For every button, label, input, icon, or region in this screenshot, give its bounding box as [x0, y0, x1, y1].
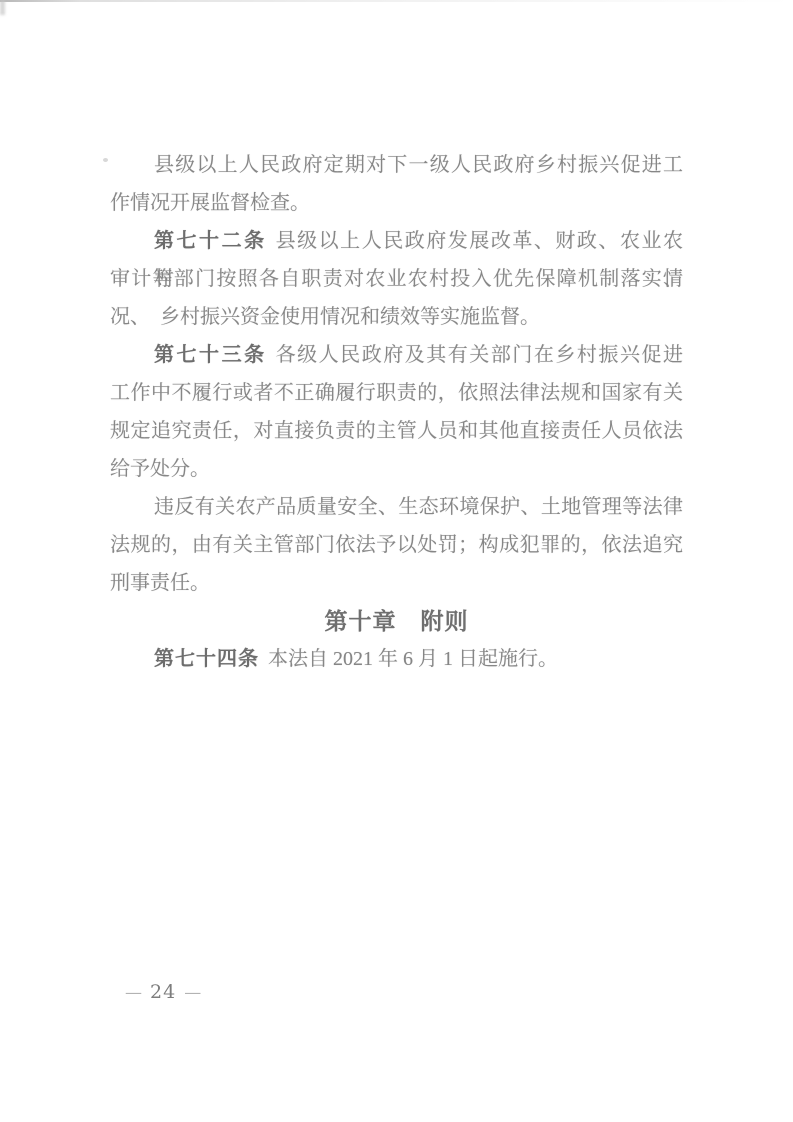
chapter-heading: 第十章 附则	[110, 602, 683, 640]
article-number: 第七十三条	[154, 344, 267, 366]
footer-dash-left: —	[125, 983, 142, 1003]
text-line: 刑事责任。	[110, 564, 683, 602]
paragraph: 县级以上人民政府定期对下一级人民政府乡村振兴促进工作情况开展监督检查。	[110, 146, 683, 222]
article-number: 第七十二条	[154, 230, 267, 252]
text-line: 第七十四条本法自 2021 年 6 月 1 日起施行。	[110, 640, 683, 678]
text-line: 第七十二条县级以上人民政府发展改革、财政、农业农村、	[110, 222, 683, 260]
text-line: 况、 乡村振兴资金使用情况和绩效等实施监督。	[110, 298, 683, 336]
page-footer: —24—	[125, 977, 201, 1007]
text-line: 作情况开展监督检查。	[110, 184, 683, 222]
document-page: 县级以上人民政府定期对下一级人民政府乡村振兴促进工作情况开展监督检查。第七十二条…	[0, 0, 793, 1122]
article-number: 第七十四条	[154, 648, 259, 670]
text-line: 工作中不履行或者不正确履行职责的，依照法律法规和国家有关	[110, 374, 683, 412]
scan-edge-artifact	[0, 0, 793, 2]
paragraph: 第七十三条各级人民政府及其有关部门在乡村振兴促进工作中不履行或者不正确履行职责的…	[110, 336, 683, 488]
paragraph: 违反有关农产品质量安全、生态环境保护、土地管理等法律法规的，由有关主管部门依法予…	[110, 488, 683, 602]
footer-dash-right: —	[184, 983, 201, 1003]
page-number: 24	[150, 981, 176, 1003]
text-line: 规定追究责任，对直接负责的主管人员和其他直接责任人员依法	[110, 412, 683, 450]
text-line: 法规的，由有关主管部门依法予以处罚；构成犯罪的，依法追究	[110, 526, 683, 564]
text-line: 违反有关农产品质量安全、生态环境保护、土地管理等法律	[110, 488, 683, 526]
text-line: 给予处分。	[110, 450, 683, 488]
text-line: 县级以上人民政府定期对下一级人民政府乡村振兴促进工	[110, 146, 683, 184]
text-line: 第七十三条各级人民政府及其有关部门在乡村振兴促进	[110, 336, 683, 374]
paragraph: 第七十四条本法自 2021 年 6 月 1 日起施行。	[110, 640, 683, 678]
scan-corner-artifact	[0, 0, 5, 15]
text-line: 审计等部门按照各自职责对农业农村投入优先保障机制落实情	[110, 260, 683, 298]
scan-speckle-artifact	[103, 158, 108, 162]
paragraph: 第七十二条县级以上人民政府发展改革、财政、农业农村、审计等部门按照各自职责对农业…	[110, 222, 683, 336]
document-body: 县级以上人民政府定期对下一级人民政府乡村振兴促进工作情况开展监督检查。第七十二条…	[110, 146, 683, 678]
